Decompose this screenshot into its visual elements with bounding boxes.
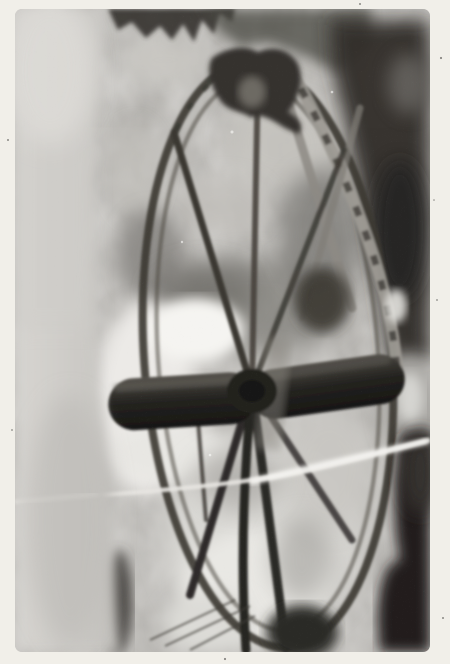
- film-grain: [15, 9, 430, 652]
- photo-scan: [0, 0, 450, 664]
- photograph: [0, 0, 450, 664]
